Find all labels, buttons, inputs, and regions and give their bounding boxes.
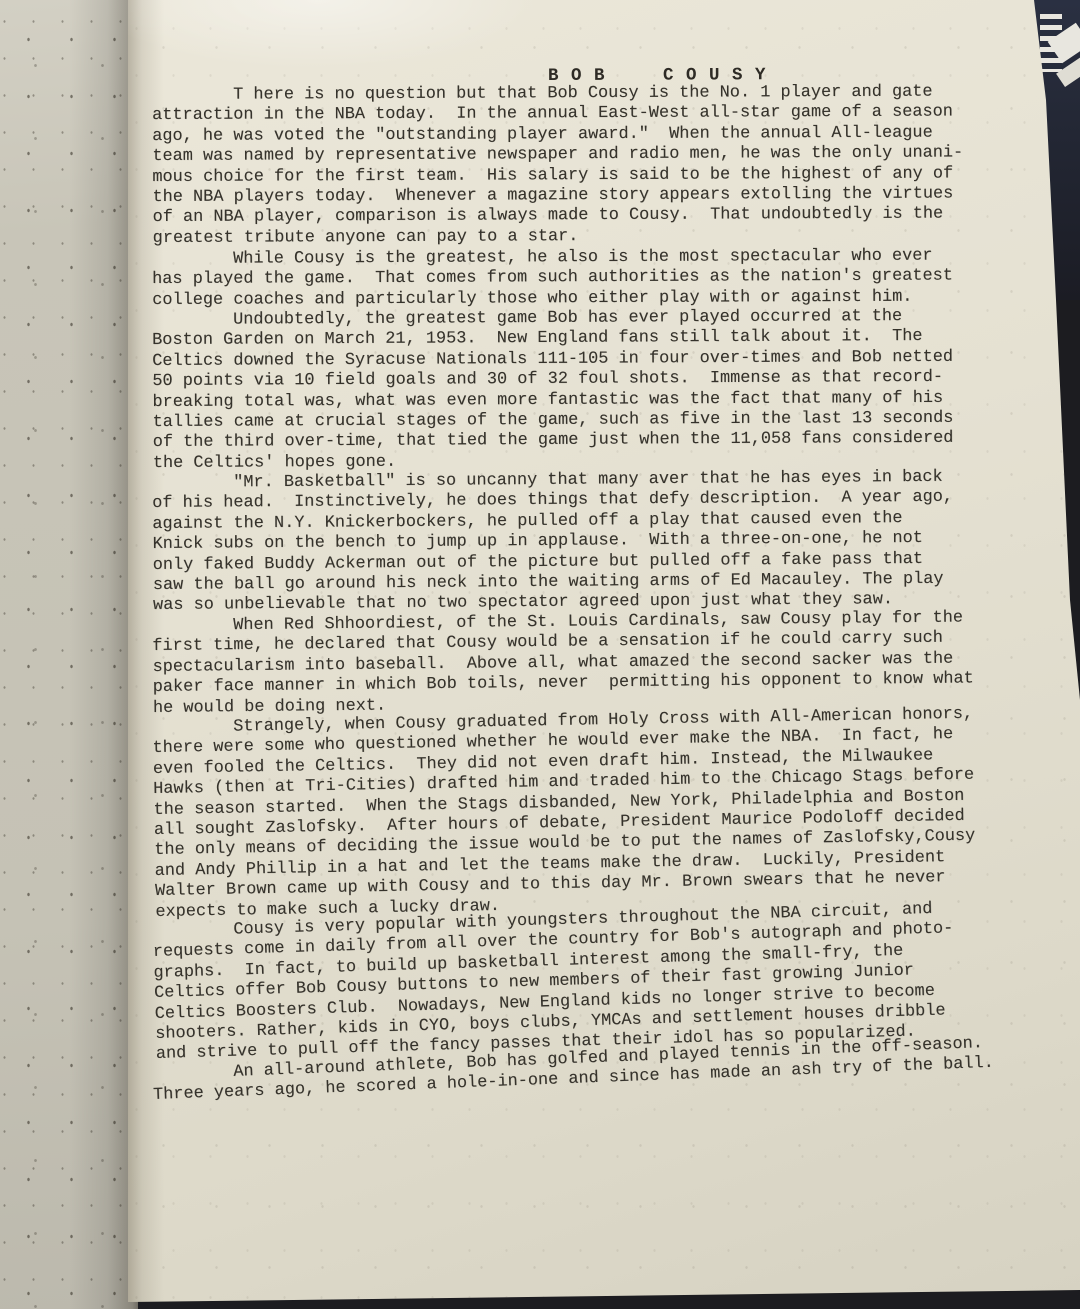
- paragraph-cardinals: When Red Shhoordiest, of the St. Louis C…: [152, 607, 1063, 719]
- scanned-page: B O B C O U S Y T here is no question bu…: [128, 0, 1080, 1309]
- paragraph-intro: T here is no question but that Bob Cousy…: [152, 82, 1063, 249]
- facing-page-edge: [0, 0, 138, 1309]
- paragraph-greatest: While Cousy is the greatest, he also is …: [152, 246, 1062, 311]
- typed-text-column: B O B C O U S Y T here is no question bu…: [152, 0, 1062, 1107]
- paragraph-boston-garden: Undoubtedly, the greatest game Bob has e…: [152, 306, 1063, 474]
- paragraph-draft-story: Strangely, when Cousy graduated from Hol…: [152, 703, 1065, 923]
- paragraph-mr-basketball: "Mr. Basketball" is so uncanny that many…: [152, 467, 1063, 617]
